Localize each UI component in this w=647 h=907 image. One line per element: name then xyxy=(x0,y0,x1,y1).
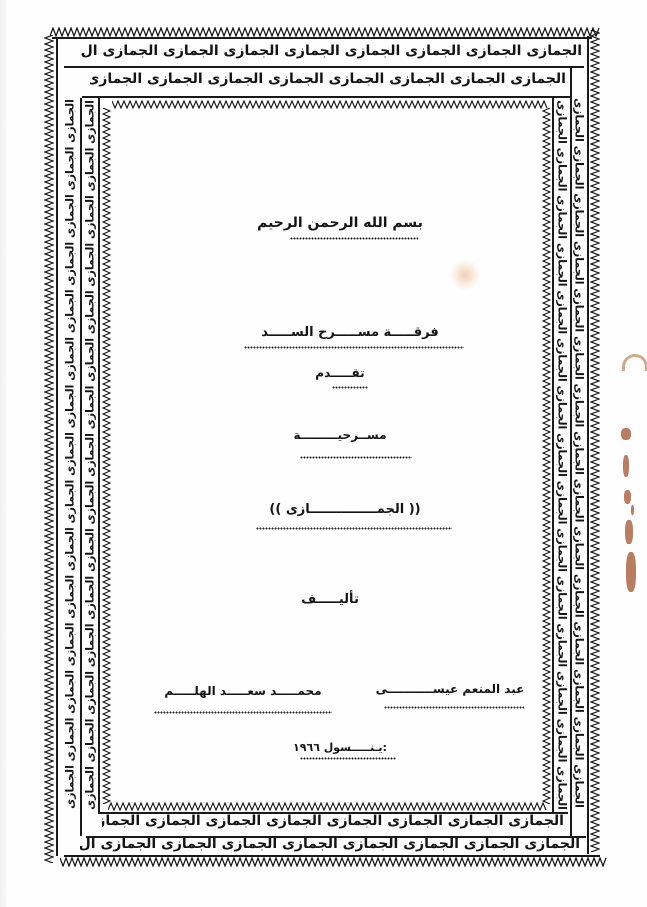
outer-zigzag-border-right xyxy=(590,30,600,852)
troupe-name-underline xyxy=(244,346,464,349)
inner-zigzag-frame-right xyxy=(542,108,551,804)
basmala-heading: بسم الله الرحمن الرحيم xyxy=(240,215,440,231)
date-line: :يـنـــــسول ١٩٦٦ xyxy=(290,741,390,754)
outer-border-bottom-rule xyxy=(64,855,600,857)
play-title: (( الجمـــــــــــــــازى )) xyxy=(230,502,460,517)
border-band-right-inner-text: الجمازى الجمازى الجمازى الجمازى الجمازى … xyxy=(556,100,569,810)
author-1: عبد المنعم عيســـــــــــى xyxy=(370,682,530,696)
border-band-top-divider xyxy=(64,66,584,68)
rust-mark xyxy=(626,552,636,592)
border-band-top-inner-rule xyxy=(82,96,572,98)
troupe-name: فرقـــــة مســـــرح الســـــد xyxy=(230,325,470,340)
inner-zigzag-frame-top xyxy=(112,100,548,109)
border-band-bottom-inner: الجمازى الجمازى الجمازى الجمازى الجمازى … xyxy=(102,814,564,832)
genre-underline xyxy=(300,456,412,459)
presents-label: تقـــــدم xyxy=(300,366,380,380)
border-band-left-inner: الجمازى الجمازى الجمازى الجمازى الجمازى … xyxy=(81,100,99,810)
binder-clip-mark xyxy=(622,354,647,371)
inner-zigzag-frame-left xyxy=(102,108,111,804)
outer-border-left-rule xyxy=(56,38,58,856)
presents-underline xyxy=(332,386,368,389)
border-band-left-inner-text: الجمازى الجمازى الجمازى الجمازى الجمازى … xyxy=(84,100,97,810)
border-band-right-outer: الجمازى الجمازى الجمازى الجمازى الجمازى … xyxy=(571,70,587,836)
scanned-page: الجمازى الجمازى الجمازى الجمازى الجمازى … xyxy=(0,0,647,907)
rust-mark xyxy=(623,455,629,477)
rust-mark xyxy=(624,490,631,504)
outer-zigzag-border-top xyxy=(50,27,600,37)
play-title-underline xyxy=(256,527,452,530)
author-1-underline xyxy=(384,706,524,709)
paper-stain xyxy=(450,260,480,290)
border-band-bottom-outer: الجمازى الجمازى الجمازى الجمازى الجمازى … xyxy=(80,837,580,855)
border-band-left-inner-rule xyxy=(98,98,100,814)
rust-mark xyxy=(621,428,631,440)
border-band-right-outer-text: الجمازى الجمازى الجمازى الجمازى الجمازى … xyxy=(573,98,586,808)
border-band-right-inner: الجمازى الجمازى الجمازى الجمازى الجمازى … xyxy=(553,100,571,810)
outer-zigzag-border-left xyxy=(44,35,54,863)
authorship-label: تأليـــــف xyxy=(290,592,370,607)
border-band-top-inner: الجمازى الجمازى الجمازى الجمازى الجمازى … xyxy=(90,72,566,90)
outer-border-right-rule xyxy=(587,36,589,854)
outer-zigzag-border-bottom xyxy=(60,857,608,867)
author-2-underline xyxy=(154,711,332,714)
inner-zigzag-frame-bottom xyxy=(108,802,548,811)
author-2: محمـــــد سعـــــد الهلـــــم xyxy=(148,684,338,698)
border-band-top-outer: الجمازى الجمازى الجمازى الجمازى الجمازى … xyxy=(70,44,582,62)
genre-label: مســرحيـــــــــة xyxy=(280,428,400,442)
outer-border-top-rule xyxy=(52,37,592,39)
rust-mark xyxy=(625,520,633,544)
rust-mark xyxy=(631,505,634,515)
border-band-left-outer-text: الجمازى الجمازى الجمازى الجمازى الجمازى … xyxy=(64,99,77,809)
border-band-left-outer: الجمازى الجمازى الجمازى الجمازى الجمازى … xyxy=(60,70,80,838)
basmala-underline xyxy=(290,237,418,240)
date-underline xyxy=(300,757,396,760)
scan-edge-shadow xyxy=(0,0,8,907)
